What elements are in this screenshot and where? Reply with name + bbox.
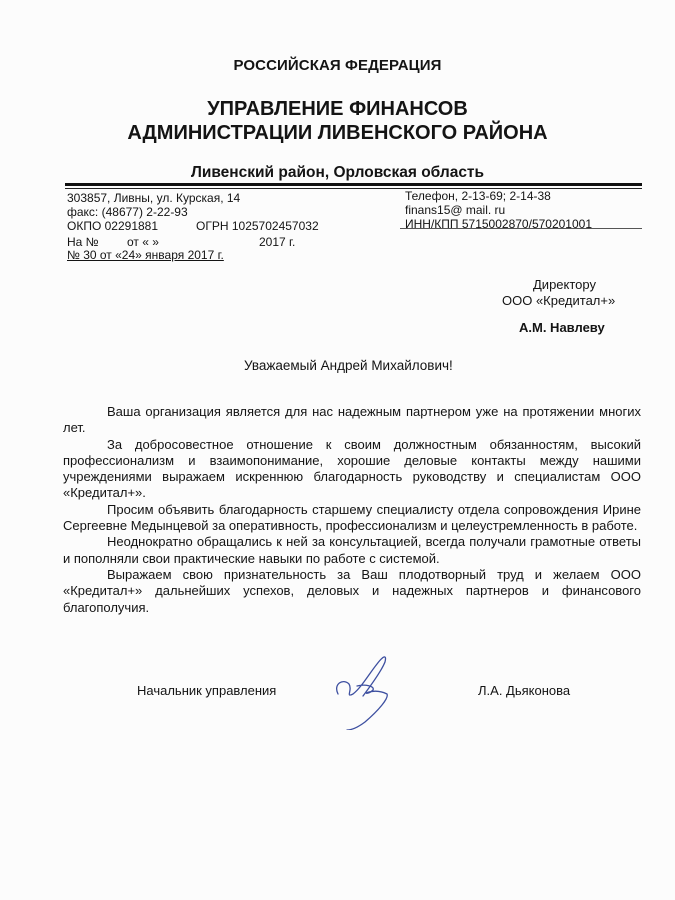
org-title-line2: АДМИНИСТРАЦИИ ЛИВЕНСКОГО РАЙОНА (0, 122, 675, 145)
contacts-divider (400, 228, 642, 229)
reference-line-incoming: На №от « »2017 г. (67, 235, 295, 249)
signatory-name: Л.А. Дьяконова (478, 683, 570, 698)
ogrn: ОГРН 1025702457032 (196, 219, 319, 233)
letter-page: РОССИЙСКАЯ ФЕДЕРАЦИЯ УПРАВЛЕНИЕ ФИНАНСОВ… (0, 0, 675, 900)
greeting: Уважаемый Андрей Михайлович! (244, 358, 453, 373)
ref-date-blank: от « » (127, 235, 259, 249)
phone: Телефон, 2-13-69; 2-14-38 (405, 189, 592, 203)
address: 303857, Ливны, ул. Курская, 14 (67, 191, 319, 205)
body-paragraph: За добросовестное отношение к своим долж… (63, 437, 641, 502)
signatory-title: Начальник управления (137, 683, 276, 698)
body-paragraph: Неоднократно обращались к ней за консуль… (63, 534, 641, 567)
ref-number-prefix: На № (67, 235, 127, 249)
contacts-left: 303857, Ливны, ул. Курская, 14 факс: (48… (67, 191, 319, 233)
signature-icon (335, 650, 415, 730)
addressee-name: А.М. Навлеву (519, 320, 675, 336)
letter-body: Ваша организация является для нас надежн… (63, 404, 641, 616)
ref-year: 2017 г. (259, 235, 295, 249)
registry-codes: ОКПО 02291881ОГРН 1025702457032 (67, 219, 319, 233)
body-paragraph: Просим объявить благодарность старшему с… (63, 502, 641, 535)
body-paragraph: Ваша организация является для нас надежн… (63, 404, 641, 437)
contacts-right: Телефон, 2-13-69; 2-14-38 finans15@ mail… (405, 189, 592, 231)
email: finans15@ mail. ru (405, 203, 592, 217)
fax: факс: (48677) 2-22-93 (67, 205, 319, 219)
letterhead-divider-thick (65, 183, 642, 186)
body-paragraph: Выражаем свою признательность за Ваш пло… (63, 567, 641, 616)
addressee-company: ООО «Кредитал+» (502, 293, 662, 309)
region-subtitle: Ливенский район, Орловская область (0, 164, 675, 182)
org-title-line1: УПРАВЛЕНИЕ ФИНАНСОВ (0, 98, 675, 121)
okpo: ОКПО 02291881 (67, 219, 158, 233)
reference-line-outgoing: № 30 от «24» января 2017 г. (67, 248, 224, 262)
country-heading: РОССИЙСКАЯ ФЕДЕРАЦИЯ (0, 57, 675, 74)
addressee-position: Директору (533, 277, 675, 293)
